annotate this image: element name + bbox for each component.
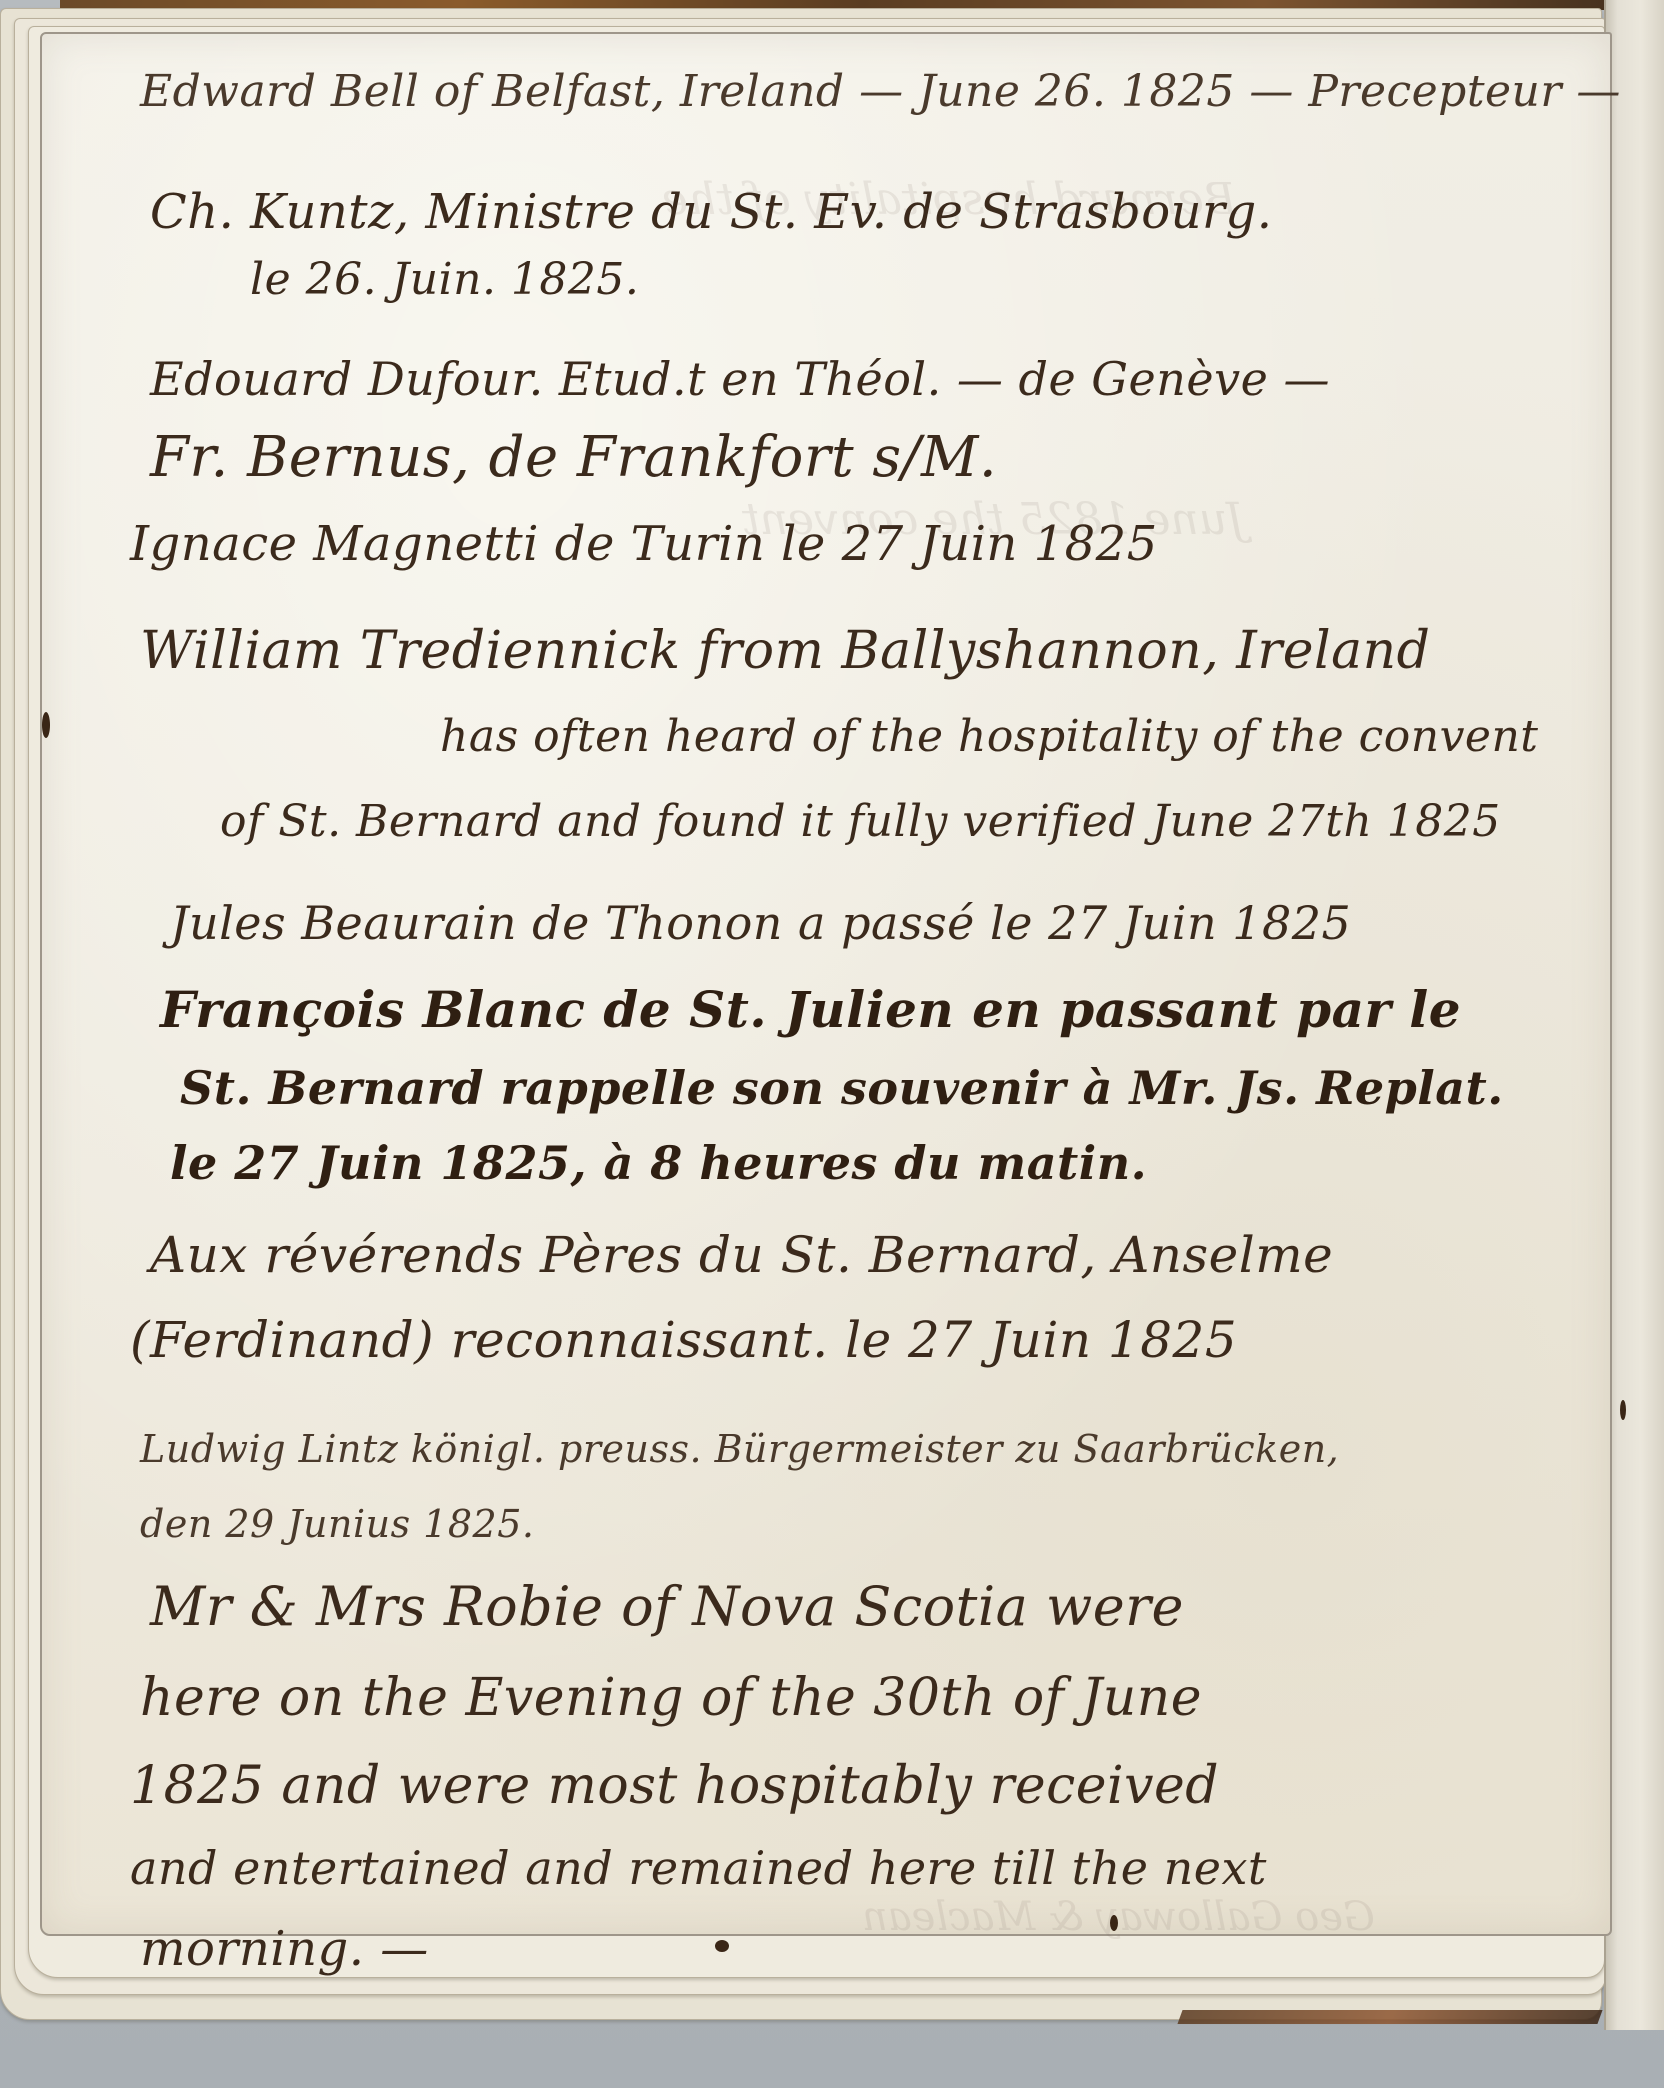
entry-magnetti: Ignace Magnetti de Turin le 27 Juin 1825 bbox=[130, 520, 1158, 568]
entry-blanc-line3: le 27 Juin 1825, à 8 heures du matin. bbox=[170, 1140, 1147, 1186]
entry-bernus: Fr. Bernus, de Frankfort s/M. bbox=[150, 430, 997, 486]
entry-kuntz-line1: Ch. Kuntz, Ministre du St. Ev. de Strasb… bbox=[150, 188, 1272, 236]
ink-blot bbox=[1620, 1400, 1626, 1420]
entry-william-line3: of St. Bernard and found it fully verifi… bbox=[220, 800, 1501, 844]
bleed-through-text: Geo Galloway & Maclean bbox=[862, 1894, 1375, 1940]
entry-robie-line1: Mr & Mrs Robie of Nova Scotia were bbox=[150, 1580, 1184, 1634]
entry-kuntz-line2: le 26. Juin. 1825. bbox=[250, 258, 639, 302]
manuscript-scene: Bernard hospitality of the June 1825 the… bbox=[0, 0, 1664, 2088]
book-gutter bbox=[1604, 0, 1664, 2030]
entry-robie-line5: morning. — bbox=[140, 1925, 429, 1973]
entry-anselme-line2: (Ferdinand) reconnaissant. le 27 Juin 18… bbox=[130, 1315, 1237, 1365]
entry-robie-line2: here on the Evening of the 30th of June bbox=[140, 1672, 1202, 1724]
entry-ludwig-line1: Ludwig Lintz königl. preuss. Bürgermeist… bbox=[140, 1430, 1339, 1468]
entry-beaurain: Jules Beaurain de Thonon a passé le 27 J… bbox=[170, 900, 1351, 946]
entry-ludwig-line2: den 29 Junius 1825. bbox=[140, 1505, 534, 1543]
entry-william-line2: has often heard of the hospitality of th… bbox=[440, 715, 1538, 759]
entry-blanc-line2: St. Bernard rappelle son souvenir à Mr. … bbox=[180, 1065, 1504, 1111]
entry-blanc-line1: François Blanc de St. Julien en passant … bbox=[160, 985, 1461, 1035]
ink-blot bbox=[42, 712, 50, 738]
book-cover-bottom-edge bbox=[1177, 2010, 1602, 2024]
entry-robie-line3: 1825 and were most hospitably received bbox=[130, 1760, 1219, 1812]
entry-bell: Edward Bell of Belfast, Ireland — June 2… bbox=[140, 70, 1621, 114]
entry-dufour: Edouard Dufour. Etud.t en Théol. — de Ge… bbox=[150, 356, 1330, 402]
entry-robie-line4: and entertained and remained here till t… bbox=[130, 1845, 1267, 1891]
ink-blot bbox=[715, 1940, 729, 1952]
ink-blot bbox=[1110, 1915, 1118, 1931]
entry-anselme-line1: Aux révérends Pères du St. Bernard, Anse… bbox=[150, 1230, 1333, 1280]
entry-william-line1: William Trediennick from Ballyshannon, I… bbox=[140, 625, 1430, 677]
